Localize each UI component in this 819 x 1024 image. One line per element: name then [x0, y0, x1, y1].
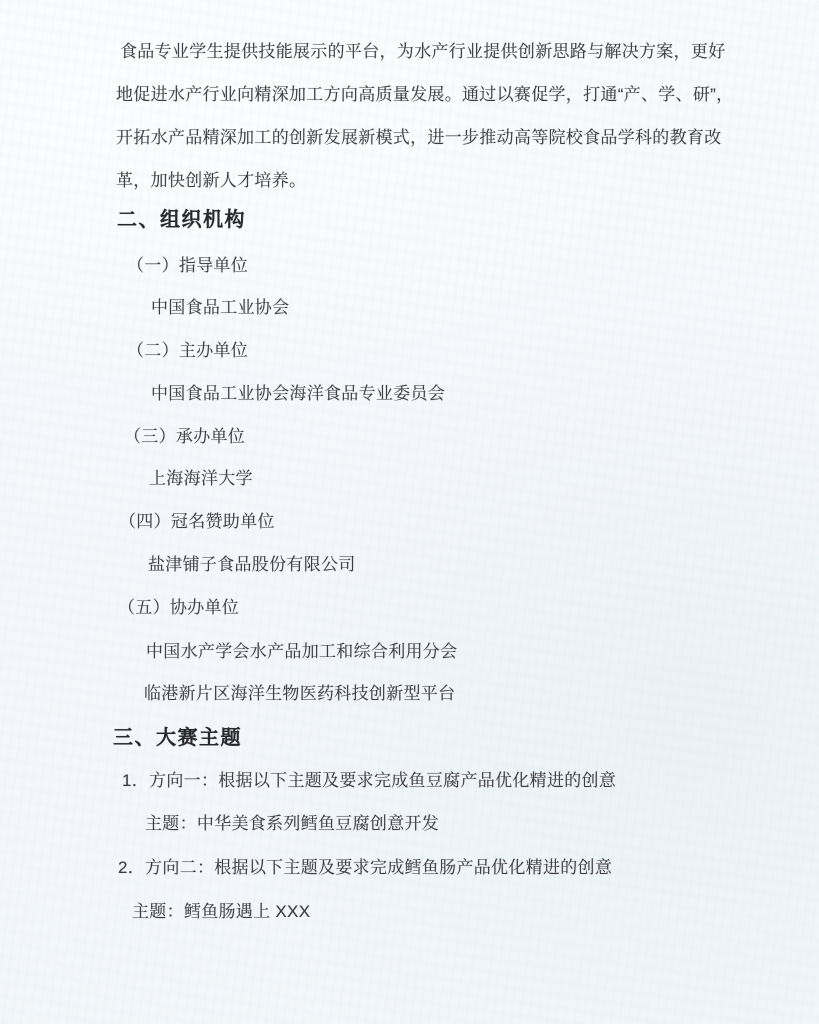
section-heading-themes: 三、大赛主题 — [113, 721, 242, 750]
org-entry-label: （二）主办单位 — [127, 336, 248, 361]
org-entry-unit: 中国水产学会水产品加工和综合利用分会 — [146, 637, 457, 662]
intro-paragraph-line: 食品专业学生提供技能展示的平台，为水产行业提供创新思路与解决方案，更好 — [120, 37, 726, 62]
intro-paragraph-line: 地促进水产行业向精深加工方向高质量发展。通过以赛促学，打通“产、学、研”， — [116, 80, 733, 105]
org-entry-unit: 上海海洋大学 — [149, 464, 253, 489]
org-entry-label: （五）协办单位 — [118, 593, 239, 618]
theme-topic: 主题：中华美食系列鳕鱼豆腐创意开发 — [145, 809, 439, 834]
org-entry-label: （三）承办单位 — [124, 422, 245, 447]
org-entry-unit: 中国食品工业协会 — [151, 293, 289, 318]
org-entry-unit: 中国食品工业协会海洋食品专业委员会 — [151, 379, 445, 404]
org-entry-unit: 盐津铺子食品股份有限公司 — [148, 550, 356, 575]
org-entry-unit: 临港新片区海洋生物医药科技创新型平台 — [144, 679, 455, 704]
org-entry-label: （四）冠名赞助单位 — [119, 507, 275, 532]
intro-paragraph-line: 开拓水产品精深加工的创新发展新模式，进一步推动高等院校食品学科的教育改 — [116, 123, 722, 148]
intro-paragraph-line: 革，加快创新人才培养。 — [116, 166, 306, 191]
org-entry-label: （一）指导单位 — [127, 251, 248, 276]
section-heading-organization: 二、组织机构 — [117, 203, 246, 232]
theme-direction: 2．方向二：根据以下主题及要求完成鳕鱼肠产品优化精进的创意 — [118, 853, 612, 878]
theme-direction: 1．方向一：根据以下主题及要求完成鱼豆腐产品优化精进的创意 — [122, 766, 616, 791]
theme-topic: 主题：鳕鱼肠遇上 XXX — [132, 897, 310, 922]
document-page: 食品专业学生提供技能展示的平台，为水产行业提供创新思路与解决方案，更好 地促进水… — [0, 0, 819, 1024]
